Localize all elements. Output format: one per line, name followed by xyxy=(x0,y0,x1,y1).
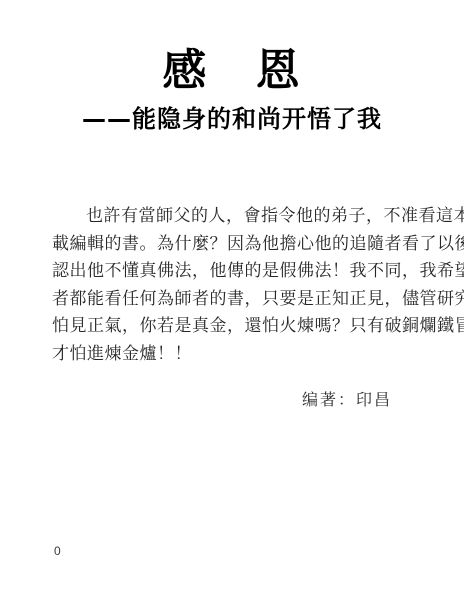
paragraph-line: 認出他不懂真佛法，他傳的是假佛法！我不同，我希望我的跟隨 xyxy=(52,257,414,285)
page-subtitle: ——能隐身的和尚开悟了我 xyxy=(0,102,464,136)
document-page: 感 恩 ——能隐身的和尚开悟了我 也許有當師父的人，會指令他的弟子，不准看這本我… xyxy=(0,0,464,600)
paragraph-line: 也許有當師父的人，會指令他的弟子，不准看這本我如實記 xyxy=(52,202,414,230)
body-paragraph: 也許有當師父的人，會指令他的弟子，不准看這本我如實記 載編輯的書。為什麼？因為他… xyxy=(52,202,414,367)
paragraph-line: 者都能看任何為師者的書，只要是正知正見，儘管研究，邪惡才 xyxy=(52,285,414,313)
paragraph-line: 怕見正氣，你若是真金，還怕火煉嗎？只有破銅爛鐵冒充黃金的 xyxy=(52,312,414,340)
author-credit: 编著：印昌 xyxy=(302,390,392,412)
page-number: 0 xyxy=(54,544,61,558)
page-title: 感 恩 xyxy=(0,46,464,96)
paragraph-line: 載編輯的書。為什麼？因為他擔心他的追隨者看了以後，會清醒 xyxy=(52,230,414,258)
paragraph-line: 才怕進煉金爐！！ xyxy=(52,340,414,368)
